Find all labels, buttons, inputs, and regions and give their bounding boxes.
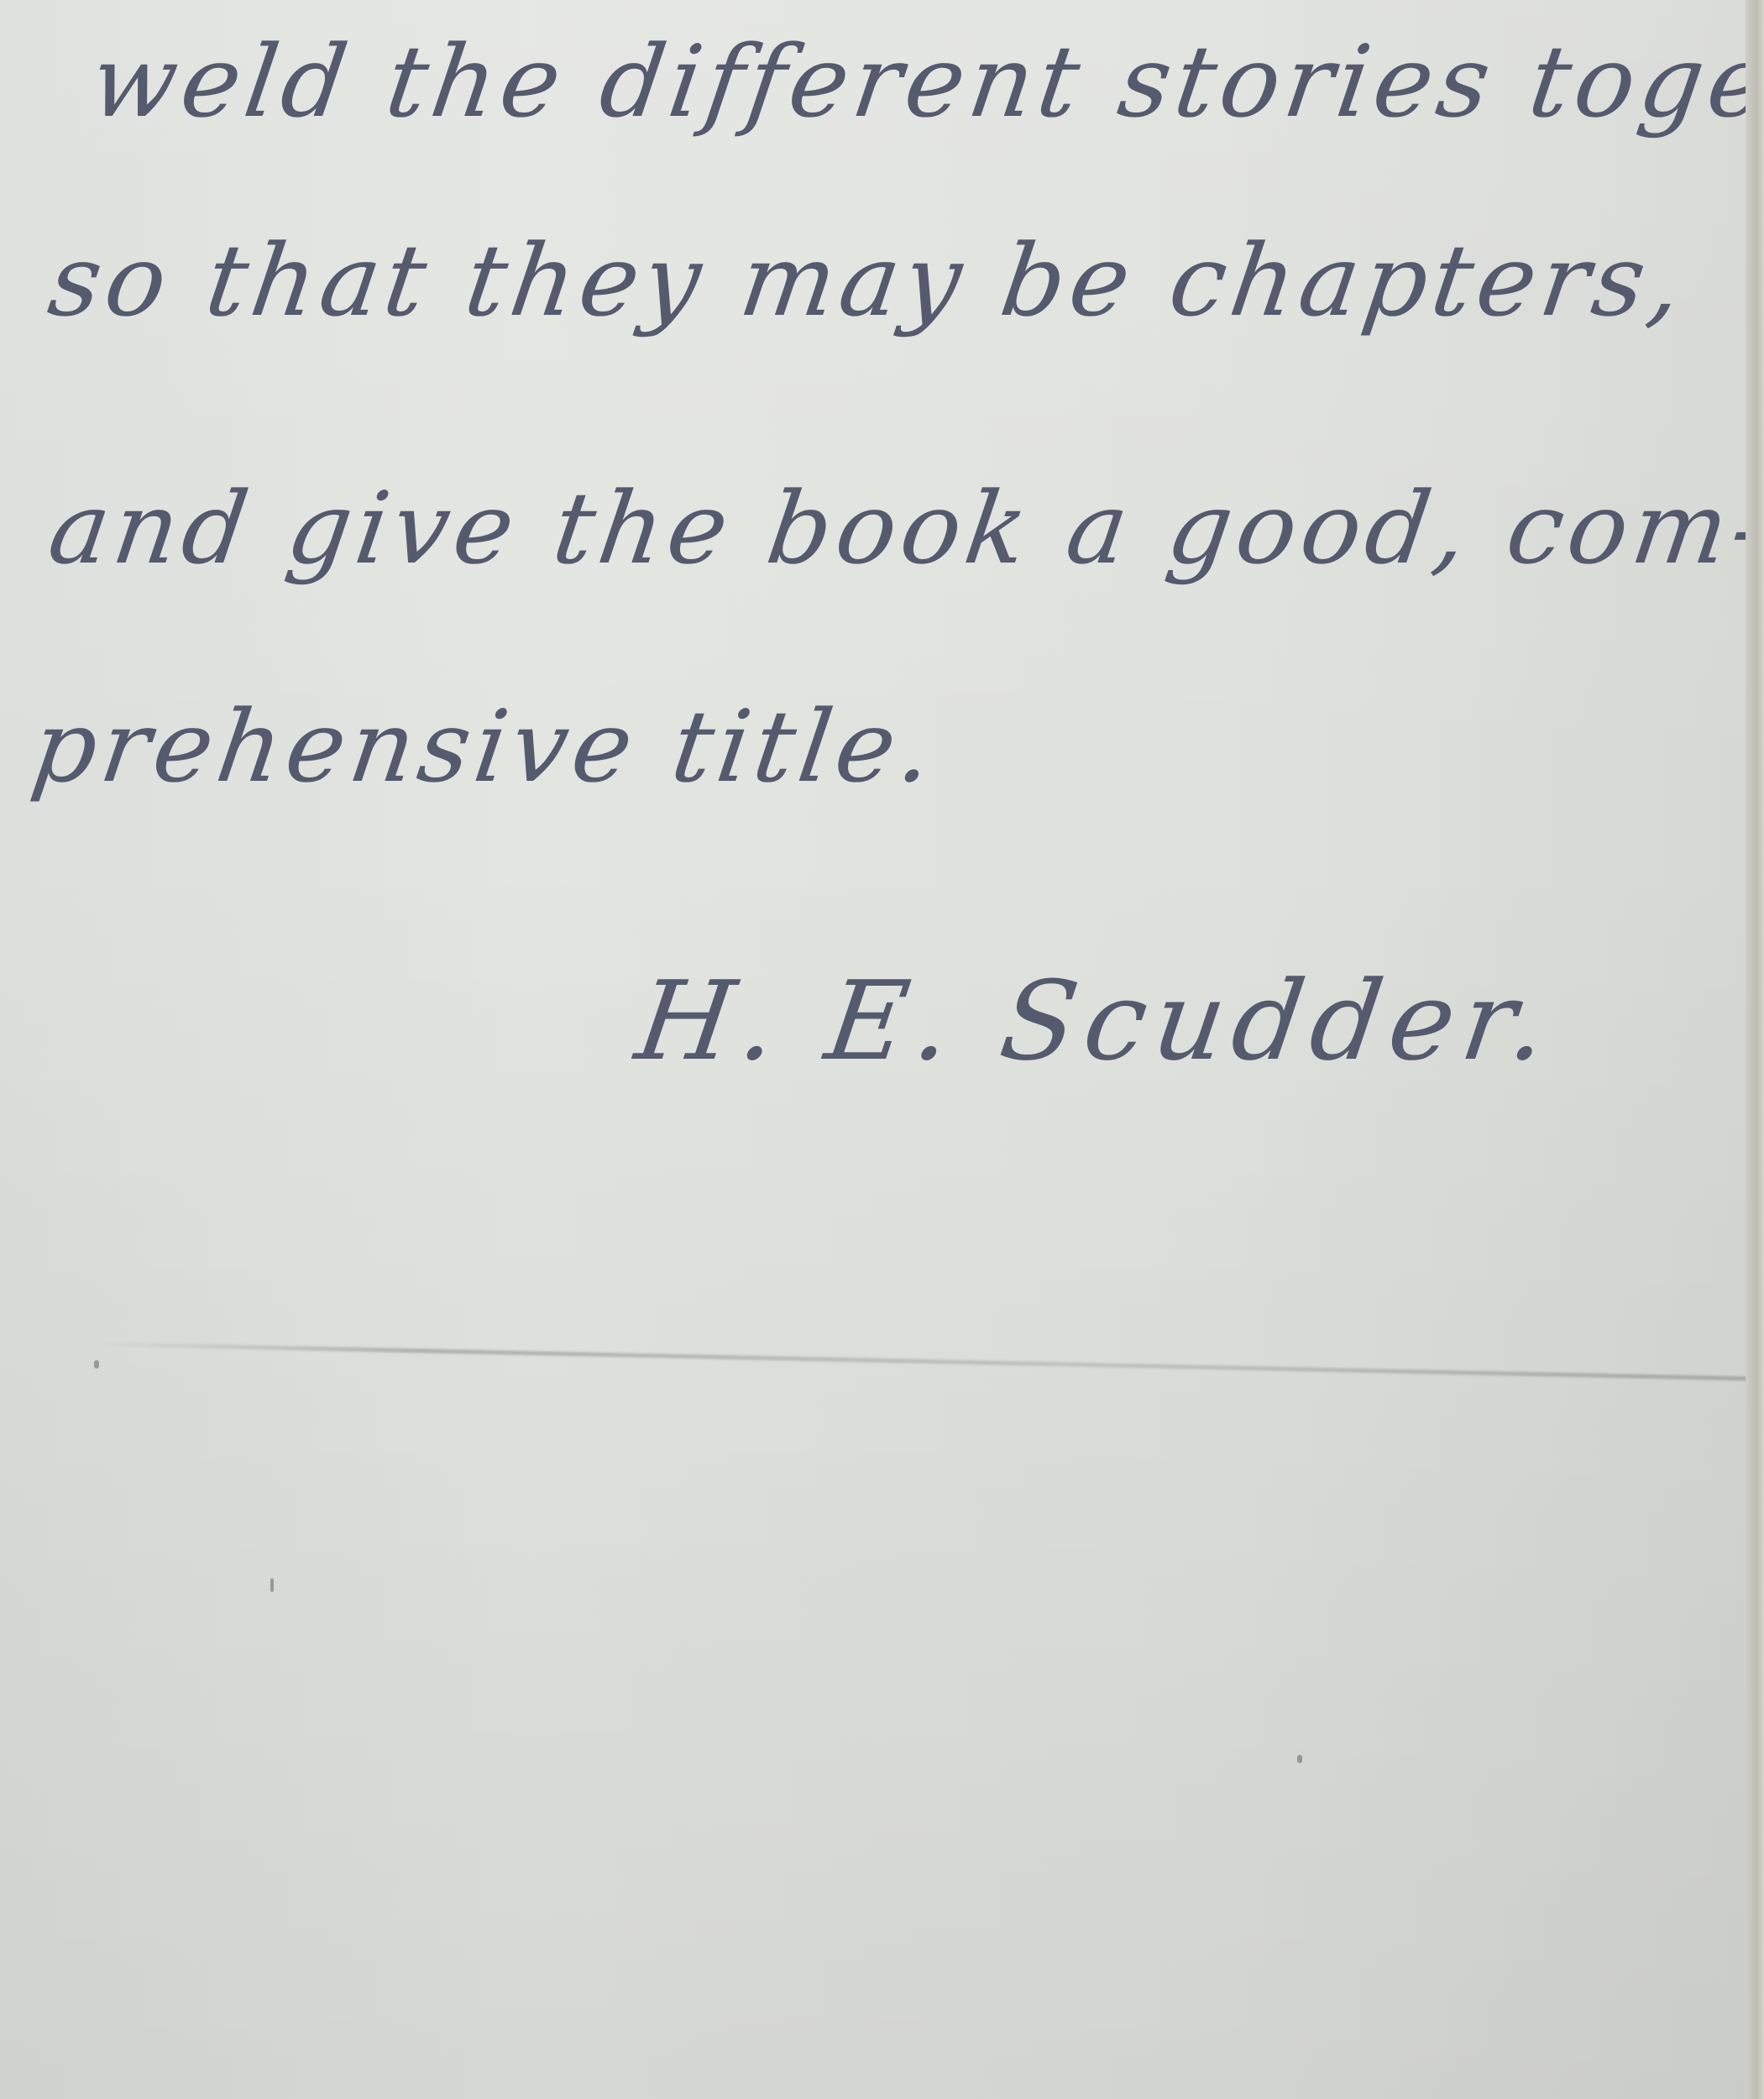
paper-speck	[1297, 1755, 1302, 1763]
letter-line-1: weld the different stories together,	[84, 24, 1764, 139]
letter-page: weld the different stories together, so …	[0, 0, 1751, 2099]
letter-line-2: so that they may be chapters,	[42, 222, 1694, 338]
letter-line-3: and give the book a good, com-	[42, 470, 1764, 586]
paper-speck	[94, 1360, 99, 1369]
letter-line-4: prehensive title.	[25, 688, 945, 804]
signature: H. E. Scudder.	[629, 957, 1563, 1085]
page-edge	[1746, 0, 1764, 2099]
paper-speck	[270, 1578, 274, 1592]
paper-fold-crease	[84, 1342, 1755, 1381]
